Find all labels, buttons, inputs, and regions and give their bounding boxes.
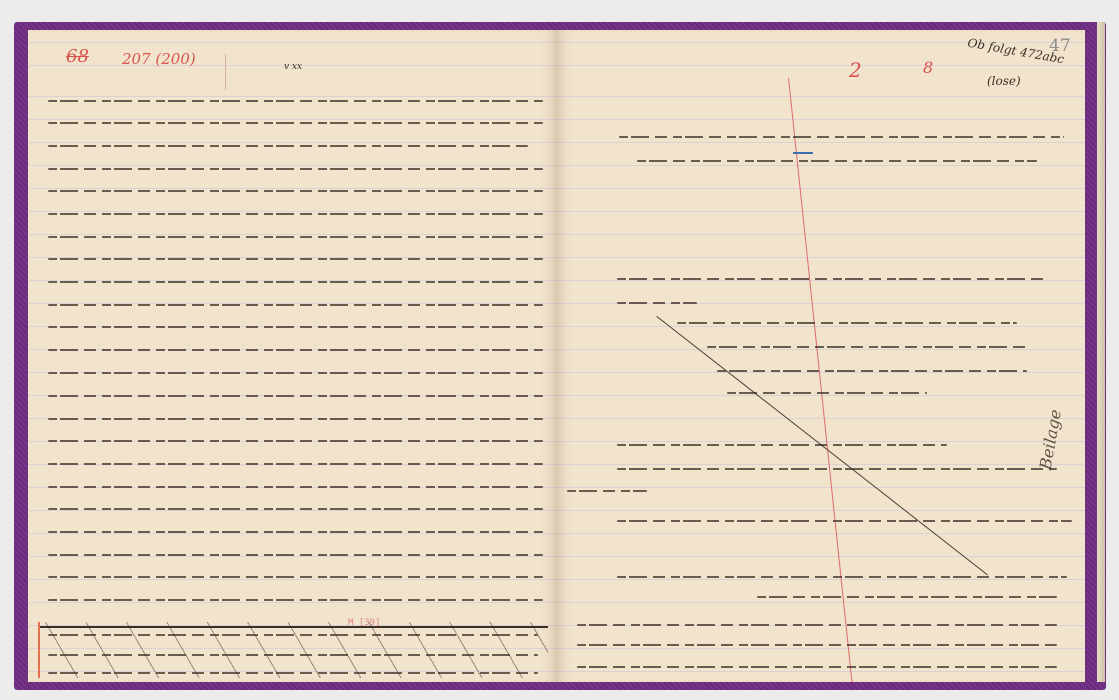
- pencil-note-2: (lose): [987, 74, 1021, 88]
- margin-line: [225, 54, 226, 90]
- folio-number: 207 (200): [122, 50, 196, 68]
- left-page: 68 207 (200) v xx M [39]: [28, 30, 557, 682]
- right-page: 47 2 8 Ob folgt 472abc (lose) Beilage: [557, 30, 1085, 682]
- page-edge: [1097, 22, 1105, 682]
- red-vertical-stroke: [788, 78, 853, 682]
- red-margin-word: Beilage: [1036, 408, 1065, 471]
- small-mark: v xx: [284, 62, 302, 72]
- red-mark-2: 8: [923, 58, 933, 77]
- crossed-out-block: [38, 622, 548, 678]
- blue-underline: [793, 152, 813, 154]
- crossed-page-number: 68: [66, 46, 89, 67]
- red-mark-1: 2: [849, 58, 862, 82]
